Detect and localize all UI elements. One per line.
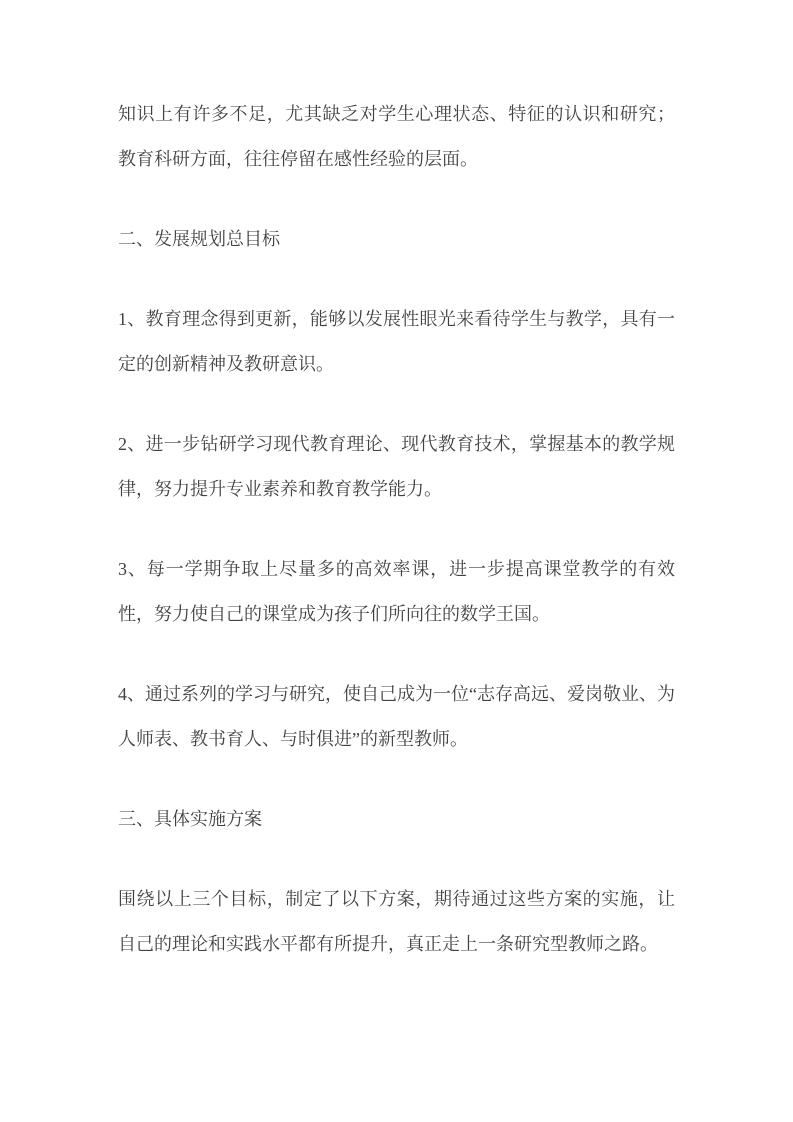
list-item-goal-3: 3、每一学期争取上尽量多的高效率课，进一步提高课堂教学的有效性，努力使自己的课堂… — [118, 547, 675, 637]
section-heading-implementation-plan: 三、具体实施方案 — [118, 797, 675, 842]
section-heading-development-goals: 二、发展规划总目标 — [118, 217, 675, 262]
paragraph-closing: 围绕以上三个目标，制定了以下方案，期待通过这些方案的实施，让自己的理论和实践水平… — [118, 877, 675, 967]
list-item-goal-2: 2、进一步钻研学习现代教育理论、现代教育技术，掌握基本的教学规律，努力提升专业素… — [118, 422, 675, 512]
list-item-goal-4: 4、通过系列的学习与研究，使自己成为一位“志存高远、爱岗敬业、为人师表、教书育人… — [118, 672, 675, 762]
list-item-goal-1: 1、教育理念得到更新，能够以发展性眼光来看待学生与教学，具有一定的创新精神及教研… — [118, 297, 675, 387]
document-page: 知识上有许多不足，尤其缺乏对学生心理状态、特征的认识和研究；教育科研方面，往往停… — [0, 0, 793, 1122]
paragraph-shortcomings: 知识上有许多不足，尤其缺乏对学生心理状态、特征的认识和研究；教育科研方面，往往停… — [118, 92, 675, 182]
